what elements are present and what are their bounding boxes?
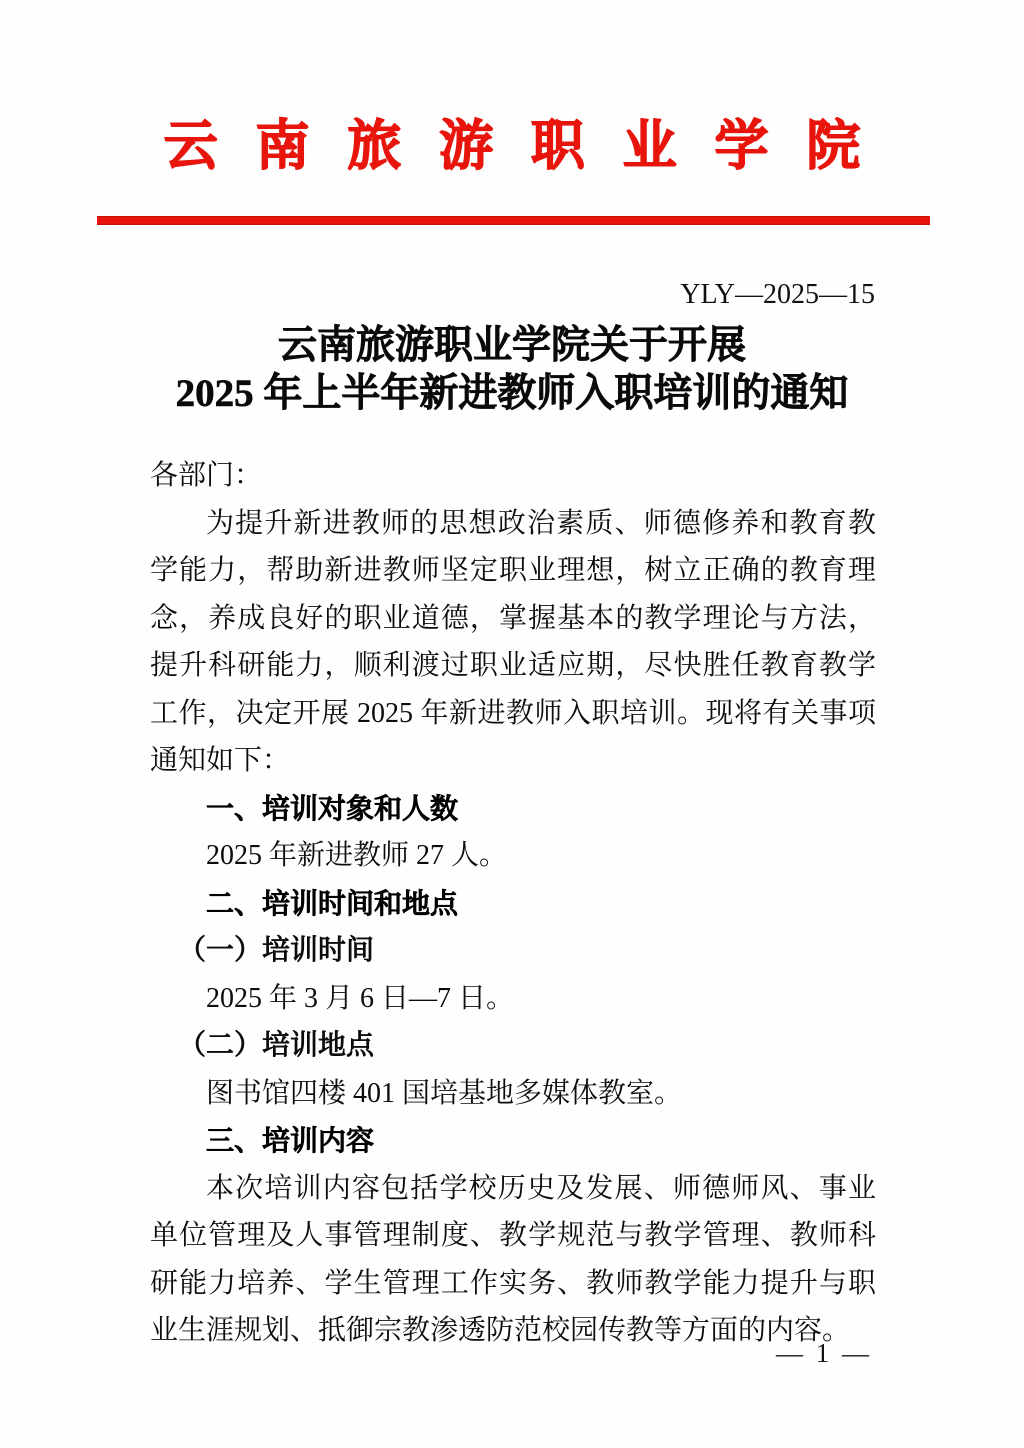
salutation: 各部门：	[150, 452, 876, 500]
doc-title: 云南旅游职业学院关于开展 2025 年上半年新进教师入职培训的通知	[0, 322, 1024, 418]
doc-title-line2: 2025 年上半年新进教师入职培训的通知	[0, 370, 1024, 418]
letterhead-org-name: 云南旅游职业学院	[0, 116, 1024, 176]
doc-title-line1: 云南旅游职业学院关于开展	[0, 322, 1024, 370]
section-3-text: 本次培训内容包括学校历史及发展、师德师风、事业单位管理及人事管理制度、教学规范与…	[150, 1165, 876, 1355]
doc-body: 各部门： 为提升新进教师的思想政治素质、师德修养和教育教学能力，帮助新进教师坚定…	[150, 452, 876, 1355]
doc-reference-number: YLY—2025—15	[680, 278, 875, 312]
section-2-sub-2-heading: （二）培训地点	[150, 1022, 876, 1070]
document-page: 云南旅游职业学院 YLY—2025—15 云南旅游职业学院关于开展 2025 年…	[0, 0, 1024, 1448]
intro-paragraph: 为提升新进教师的思想政治素质、师德修养和教育教学能力，帮助新进教师坚定职业理想，…	[150, 500, 876, 785]
section-2-sub-1-text: 2025 年 3 月 6 日—7 日。	[150, 975, 876, 1023]
section-1-text: 2025 年新进教师 27 人。	[150, 832, 876, 880]
letterhead-divider-rule	[97, 216, 930, 225]
page-number: — 1 —	[776, 1338, 872, 1369]
section-1-heading: 一、培训对象和人数	[150, 785, 876, 833]
section-3-heading: 三、培训内容	[150, 1117, 876, 1165]
section-2-sub-2-text: 图书馆四楼 401 国培基地多媒体教室。	[150, 1070, 876, 1118]
section-2-heading: 二、培训时间和地点	[150, 880, 876, 928]
section-2-sub-1-heading: （一）培训时间	[150, 927, 876, 975]
